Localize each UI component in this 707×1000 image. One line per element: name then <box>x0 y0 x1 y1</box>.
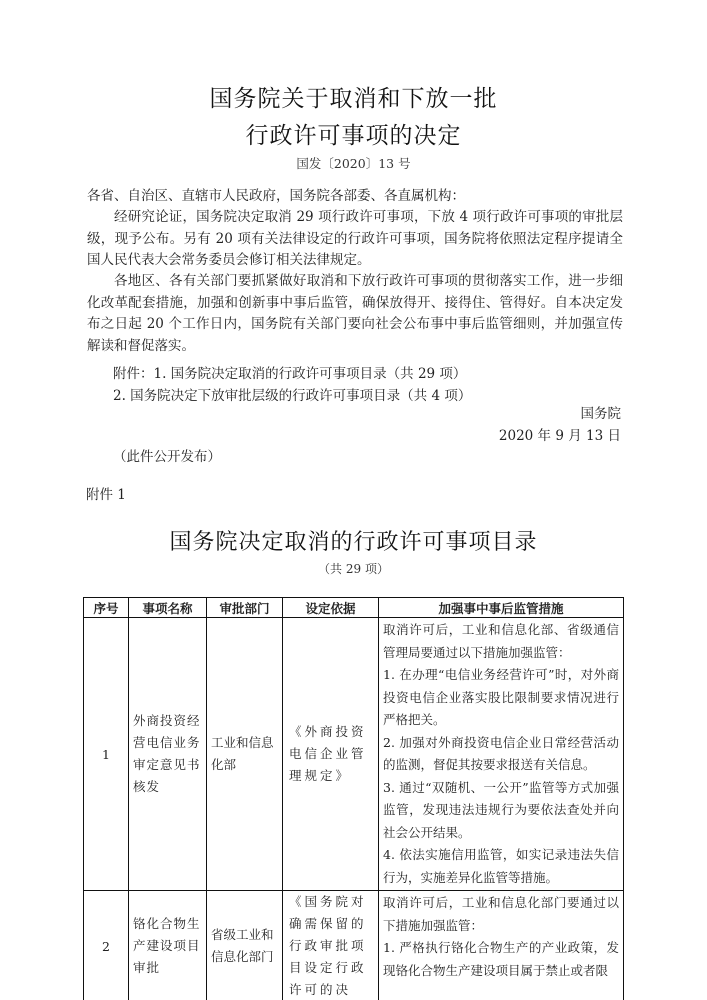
measure-intro: 取消许可后，工业和信息化部门要通过以下措施加强监管： <box>383 892 619 937</box>
header-supervision-measures: 加强事中事后监管措施 <box>379 598 624 618</box>
document-title-line1: 国务院关于取消和下放一批 <box>0 80 707 113</box>
measure-item: 3. 通过“双随机、一公开”监管等方式加强监管，发现违法违规行为要依法查处并向社… <box>383 777 619 845</box>
table-row: 1 外商投资经营电信业务审定意见书核发 工业和信息化部 《外商投资电信企业管理规… <box>84 618 624 891</box>
annex-label: 附件 1 <box>86 483 126 503</box>
attachment-item-2: 2. 国务院决定下放审批层级的行政许可事项目录（共 4 项） <box>113 384 471 404</box>
attachment-item-1: 附件：1. 国务院决定取消的行政许可事项目录（共 29 项） <box>113 362 466 382</box>
body-paragraph-1: 经研究论证，国务院决定取消 29 项行政许可事项，下放 4 项行政许可事项的审批… <box>87 207 623 272</box>
annex-count: （共 29 项） <box>0 560 707 577</box>
document-number: 国发〔2020〕13 号 <box>0 154 707 172</box>
body-paragraph-2: 各地区、各有关部门要抓紧做好取消和下放行政许可事项的贯彻落实工作，进一步细化改革… <box>87 271 623 357</box>
cell-supervision-measures: 取消许可后，工业和信息化部、省级通信管理局要通过以下措施加强监管： 1. 在办理… <box>379 618 624 891</box>
cell-serial: 1 <box>84 618 129 891</box>
header-item-name: 事项名称 <box>129 598 207 618</box>
table-row: 2 铬化合物生产建设项目审批 省级工业和信息化部门 《国务院对确需保留的行政审批… <box>84 891 624 1000</box>
cell-legal-basis: 《外商投资电信企业管理规定》 <box>283 618 379 891</box>
signer: 国务院 <box>581 402 622 422</box>
sign-date: 2020 年 9 月 13 日 <box>499 424 621 444</box>
paragraph-text: 各地区、各有关部门要抓紧做好取消和下放行政许可事项的贯彻落实工作，进一步细化改革… <box>87 271 623 357</box>
cell-item-name: 铬化合物生产建设项目审批 <box>129 891 207 1000</box>
cell-supervision-measures: 取消许可后，工业和信息化部门要通过以下措施加强监管： 1. 严格执行铬化合物生产… <box>379 891 624 1000</box>
salutation: 各省、自治区、直辖市人民政府，国务院各部委、各直属机构： <box>87 186 623 208</box>
cell-serial: 2 <box>84 891 129 1000</box>
cell-approval-dept: 工业和信息化部 <box>207 618 283 891</box>
document-title-line2: 行政许可事项的决定 <box>0 117 707 150</box>
header-legal-basis: 设定依据 <box>283 598 379 618</box>
measure-intro: 取消许可后，工业和信息化部、省级通信管理局要通过以下措施加强监管： <box>383 619 619 664</box>
cell-legal-basis: 《国务院对确需保留的行政审批项目设定行政许可的决 <box>283 891 379 1000</box>
cell-approval-dept: 省级工业和信息化部门 <box>207 891 283 1000</box>
catalog-table: 序号 事项名称 审批部门 设定依据 加强事中事后监管措施 1 外商投资经营电信业… <box>83 597 624 1000</box>
measure-item: 1. 在办理“电信业务经营许可”时，对外商投资电信企业落实股比限制要求情况进行严… <box>383 664 619 732</box>
measure-item: 4. 依法实施信用监管，如实记录违法失信行为，实施差异化监管等措施。 <box>383 844 619 889</box>
header-approval-dept: 审批部门 <box>207 598 283 618</box>
measure-item: 2. 加强对外商投资电信企业日常经营活动的监测，督促其按要求报送有关信息。 <box>383 732 619 777</box>
measure-item: 1. 严格执行铬化合物生产的产业政策，发现铬化合物生产建设项目属于禁止或者限 <box>383 937 619 982</box>
cell-item-name: 外商投资经营电信业务审定意见书核发 <box>129 618 207 891</box>
annex-title: 国务院决定取消的行政许可事项目录 <box>0 525 707 556</box>
public-release-note: （此件公开发布） <box>113 445 221 465</box>
table-header-row: 序号 事项名称 审批部门 设定依据 加强事中事后监管措施 <box>84 598 624 618</box>
header-serial: 序号 <box>84 598 129 618</box>
paragraph-text: 经研究论证，国务院决定取消 29 项行政许可事项，下放 4 项行政许可事项的审批… <box>87 207 623 272</box>
